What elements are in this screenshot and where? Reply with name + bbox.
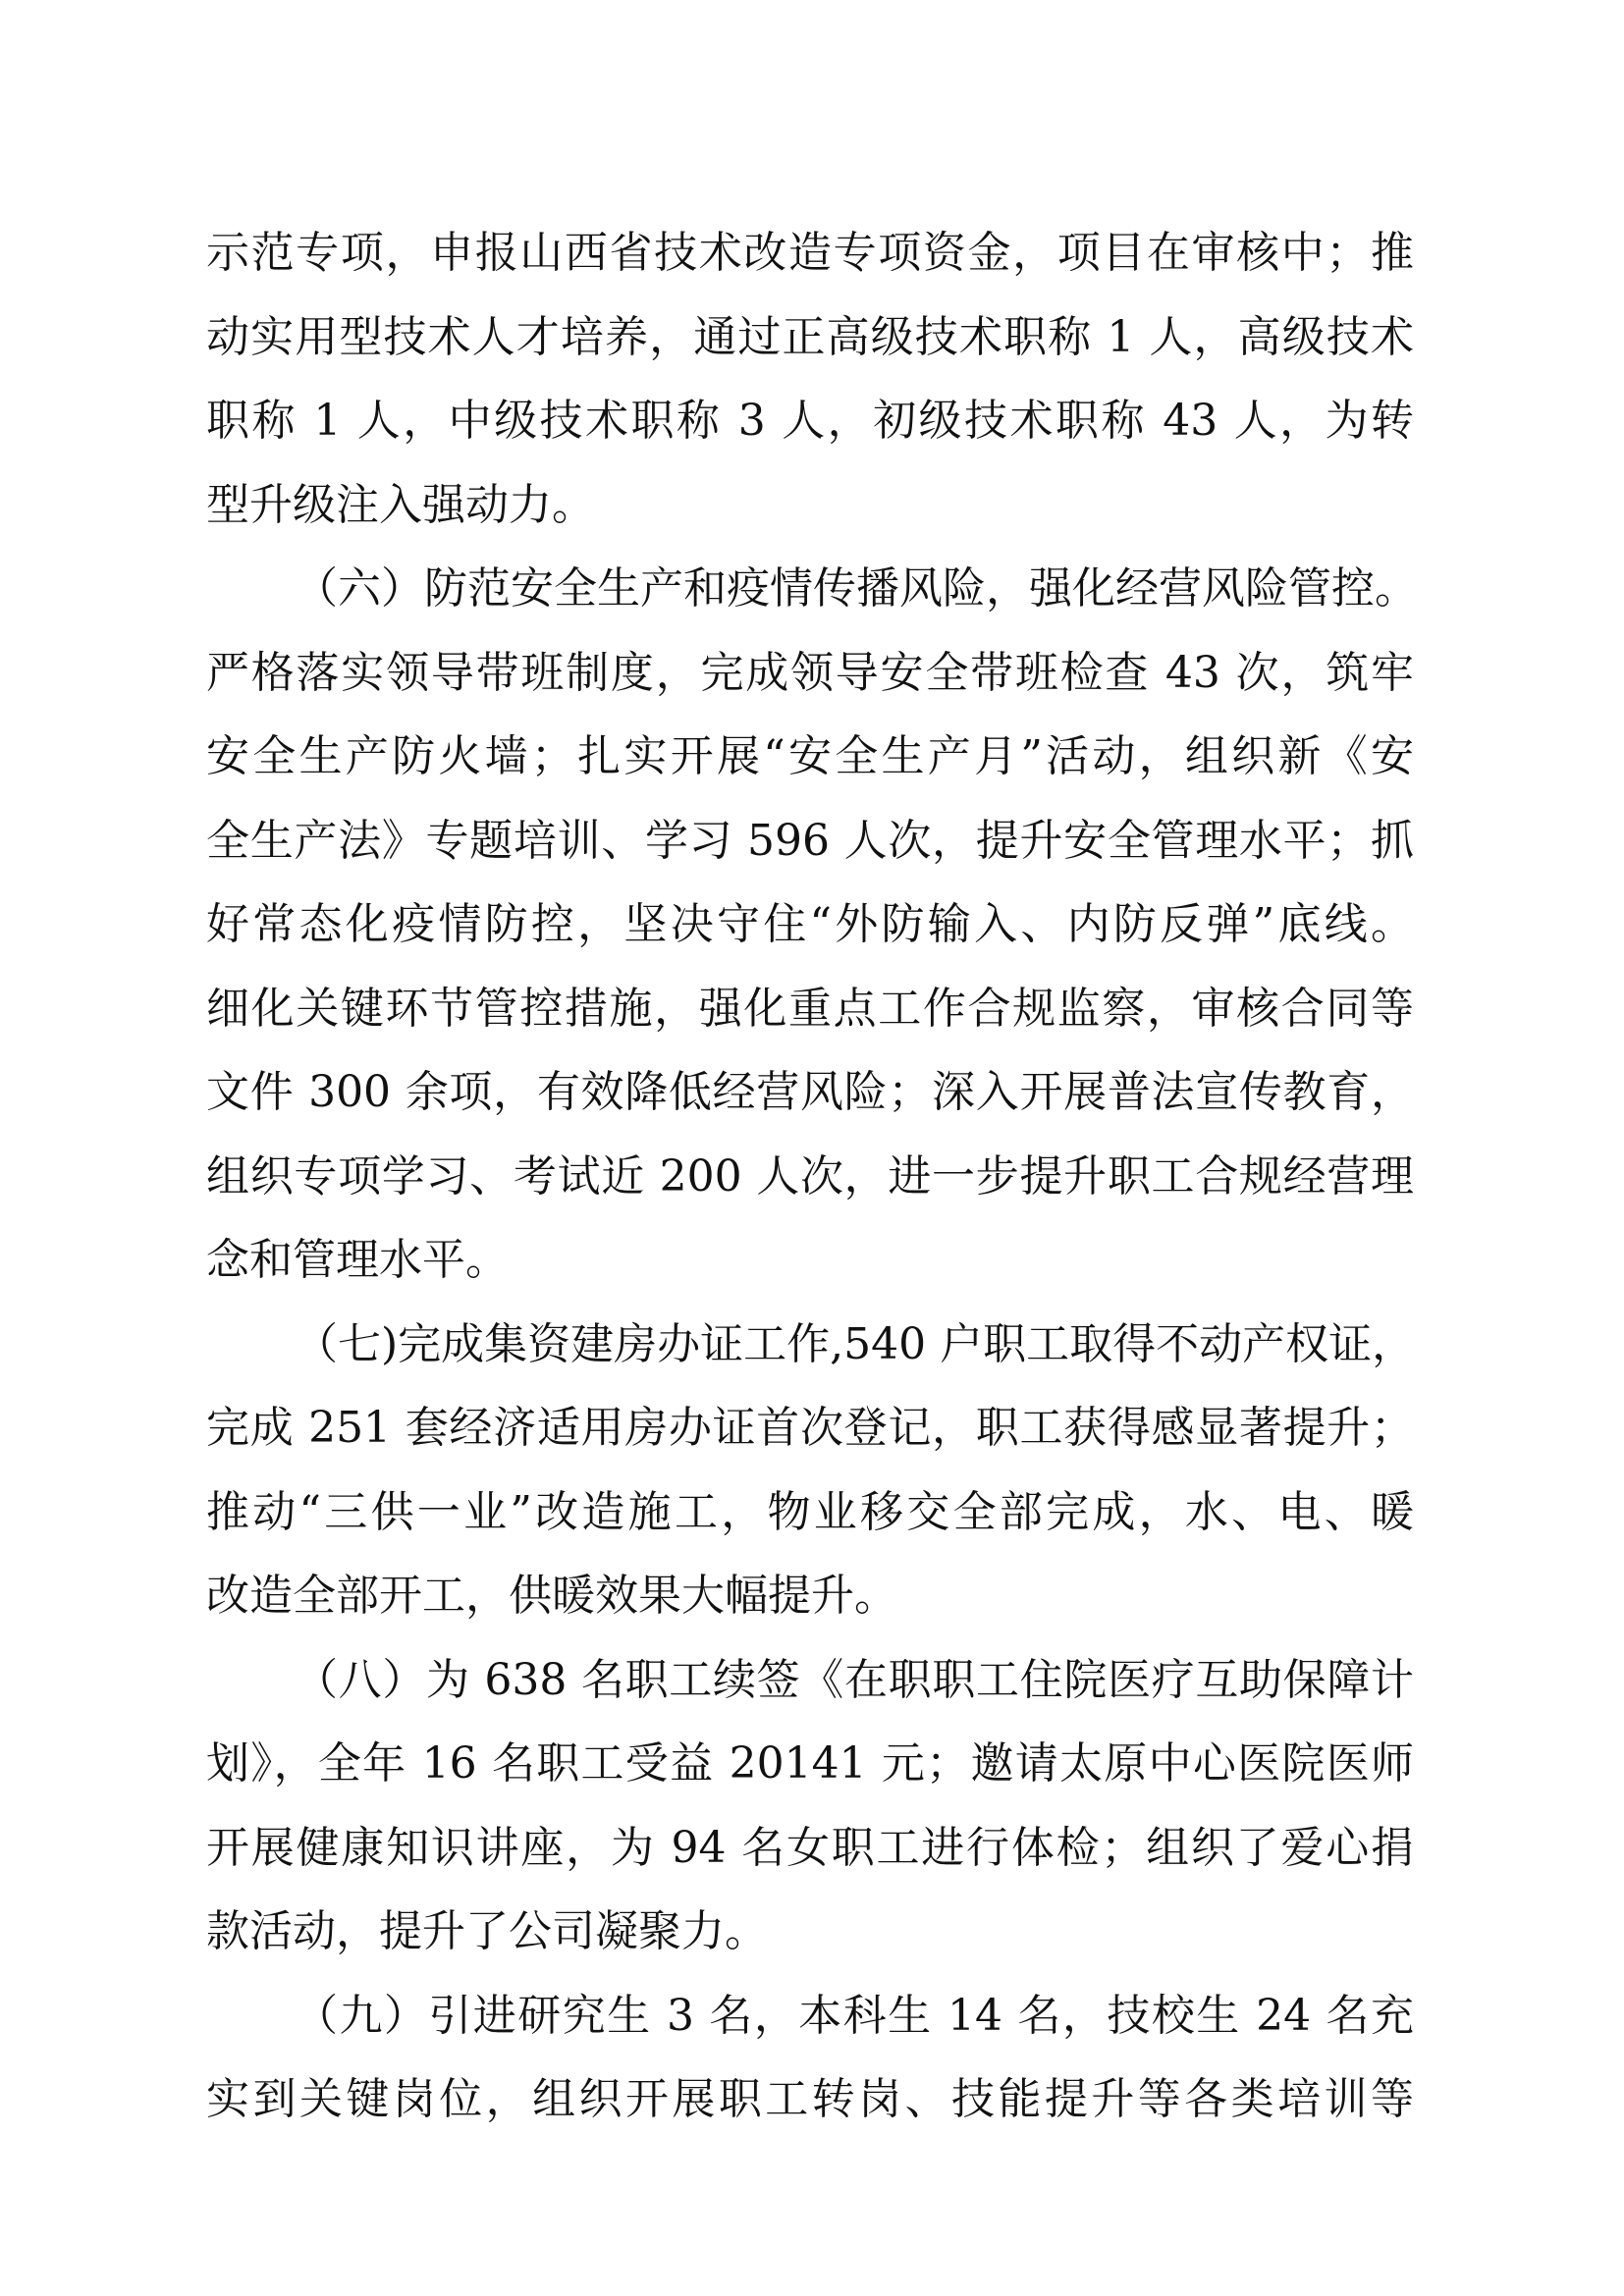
paragraph-heading-9: （九）引进研究生 3 名，本科生 14 名，技校生 24 名充 [295,1987,1414,2046]
text-line: 念和管理水平。 [206,1231,1414,1290]
text-line: 文件 300 余项，有效降低经营风险；深入开展普法宣传教育， [206,1063,1414,1122]
text-line: 实到关键岗位，组织开展职工转岗、技能提升等各类培训等 [206,2070,1414,2129]
paragraph-heading-8: （八）为 638 名职工续签《在职职工住院医疗互助保障计 [295,1651,1414,1710]
document-page: 示范专项，申报山西省技术改造专项资金，项目在审核中；推 动实用型技术人才培养，通… [0,0,1624,2296]
text-line: 改造全部开工，供暖效果大幅提升。 [206,1567,1414,1626]
text-line: 组织专项学习、考试近 200 人次，进一步提升职工合规经营理 [206,1148,1414,1206]
text-line: 推动“三供一业”改造施工，物业移交全部完成，水、电、暖 [206,1483,1414,1542]
text-line: 型升级注入强动力。 [206,476,1414,535]
text-line: 细化关键环节管控措施，强化重点工作合规监察，审核合同等 [206,980,1414,1039]
text-line: 严格落实领导带班制度，完成领导安全带班检查 43 次，筑牢 [206,644,1414,703]
text-line: 示范专项，申报山西省技术改造专项资金，项目在审核中；推 [206,224,1414,283]
text-line: 全生产法》专题培训、学习 596 人次，提升安全管理水平；抓 [206,812,1414,871]
paragraph-heading-6: （六）防范安全生产和疫情传播风险，强化经营风险管控。 [295,560,1414,618]
paragraph-heading-7: （七)完成集资建房办证工作,540 户职工取得不动产权证， [295,1315,1414,1374]
text-line: 好常态化疫情防控，坚决守住“外防输入、内防反弹”底线。 [206,895,1414,954]
text-line: 安全生产防火墙；扎实开展“安全生产月”活动，组织新《安 [206,727,1414,786]
text-line: 款活动，提升了公司凝聚力。 [206,1902,1414,1961]
text-line: 职称 1 人，中级技术职称 3 人，初级技术职称 43 人，为转 [206,392,1414,451]
text-line: 划》，全年 16 名职工受益 20141 元；邀请太原中心医院医师 [206,1735,1414,1793]
text-line: 动实用型技术人才培养，通过正高级技术职称 1 人，高级技术 [206,308,1414,367]
text-line: 完成 251 套经济适用房办证首次登记，职工获得感显著提升； [206,1399,1414,1458]
text-line: 开展健康知识讲座，为 94 名女职工进行体检；组织了爱心捐 [206,1819,1414,1878]
